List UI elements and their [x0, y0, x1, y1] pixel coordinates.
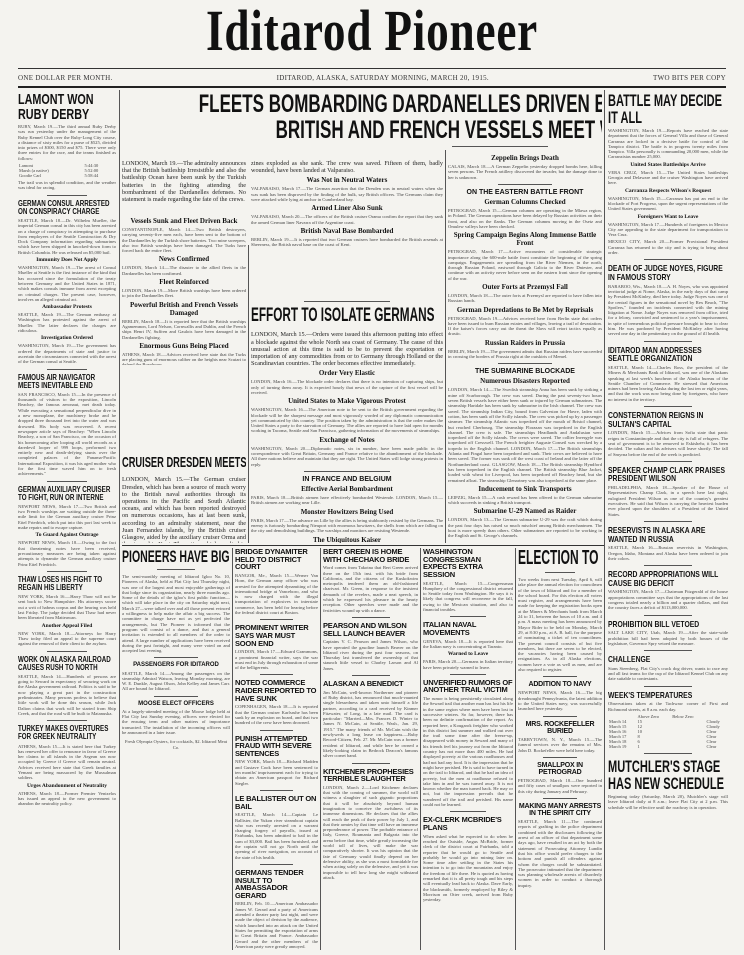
- isolate-body: LONDON, March 15.—Orders were issued thi…: [251, 331, 443, 367]
- article-headline: Iditarod Man Addresses Seattle Organizat…: [608, 346, 728, 363]
- article-headline: Work on Alaska Railroad Causes Rush to N…: [18, 656, 116, 672]
- subhead: Warned to Leave: [423, 651, 513, 657]
- article-headline: Ex-Clerk McBride's Plans: [423, 816, 513, 831]
- article-headline: Le Ballister Out on Bail: [235, 795, 318, 810]
- bottom-col-6-stories: Addition to NavyNEWPORT NEWS, March 16.—…: [518, 676, 602, 888]
- column-rule: [604, 90, 605, 950]
- article-body: BERLIN, Feb. 10.—American Ambassador Jam…: [235, 901, 318, 949]
- oyster-ad: Fresh Olympia Oysters, for cocktails, $2…: [122, 739, 230, 750]
- article-headline: Kitchener Prophesies Terrible Slaughter: [323, 768, 418, 783]
- article-body: PARIS, March 18.—British airmen have eff…: [251, 495, 443, 506]
- article-body: LONDON, March 16.—The blockade order dec…: [251, 379, 443, 395]
- dresden-body: LONDON, March 15.—The German cruiser Dre…: [122, 476, 246, 543]
- lead-story-continuation: zines exploded as she sank. The crew was…: [251, 160, 443, 174]
- divider: [450, 616, 486, 617]
- article-headline: Turkey Makes Overtures for Greek Neutral…: [18, 725, 116, 741]
- article-headline: Lamont Won Ruby Derby: [18, 92, 116, 122]
- divider: [543, 798, 577, 799]
- article-body: Jim McCain, well-known Northerner and pi…: [323, 690, 418, 759]
- moose-headline: Moose Elect Officers: [122, 701, 230, 707]
- article-body: SAN FRANCISCO, March 15.—In the presence…: [18, 392, 116, 477]
- right-column: Battle May Decide It AllWASHINGTON, Marc…: [608, 92, 728, 950]
- divider: [452, 146, 548, 147]
- subhead: Foreigners Want to Leave: [608, 214, 728, 220]
- article-headline: Prohibition Bill Vetoed: [608, 620, 728, 629]
- divider: [498, 363, 552, 364]
- divider: [304, 471, 390, 472]
- article-headline: Bert Green Is Home With Chechako Bride: [323, 548, 418, 563]
- divider: [644, 259, 692, 260]
- article-body: PETROGRAD, March 17.—Active encounters o…: [448, 249, 602, 281]
- divider: [543, 757, 577, 758]
- divider: [47, 571, 86, 572]
- subhead: United States to Make Vigorous Protest: [251, 397, 443, 405]
- article-body: VALPARAISO, March 20.—The officers of th…: [251, 214, 443, 225]
- article-headline: Battle May Decide It All: [608, 92, 728, 126]
- price-per-month: One Dollar Per Month.: [18, 74, 113, 82]
- article-body: LEIPZIG, March 15.—A cash reward has bee…: [448, 495, 602, 506]
- section-rule: [122, 545, 604, 546]
- article-headline: German Consul Arrested on Conspiracy Cha…: [18, 200, 116, 216]
- column-rule: [119, 90, 120, 950]
- divider: [157, 569, 195, 570]
- article-body: The trail was in splendid condition, and…: [18, 180, 116, 191]
- divider: [644, 565, 692, 566]
- divider: [450, 674, 486, 675]
- article-headline: Consternation Reigns in Sultan's Capital: [608, 411, 728, 428]
- article-headline: Week's Temperatures: [608, 691, 728, 700]
- subhead: Immunity Does Not Apply: [18, 257, 116, 263]
- divider: [352, 617, 390, 618]
- submarine-headline: The Submarine Blockade: [448, 368, 602, 375]
- france-belgium-subs: Effective Aerial BombardmentPARIS, March…: [251, 485, 443, 543]
- submarine-subs: Numerous Disasters ReportedLONDON, March…: [448, 377, 602, 538]
- article-body: GENEVA, March 18.—It is reported here th…: [423, 639, 513, 650]
- article-body: WASHINGTON, March 20.—Diplomatic notes, …: [251, 446, 443, 467]
- article-body: LONDON, March 18.—The outer forts at Prz…: [448, 293, 602, 304]
- article-headline: Mutchler's Stage Has New Schedule: [608, 758, 728, 792]
- article-body: WASHINGTON, March 19.—The arrest of Cons…: [18, 265, 116, 302]
- article-body: PETROGRAD, March 18.—One hundred and fif…: [518, 778, 602, 794]
- subhead: Inducement to Sink Transports: [448, 485, 602, 493]
- divider: [498, 184, 552, 185]
- divider: [304, 301, 390, 302]
- article-body: When asked what he expected to do when h…: [423, 834, 513, 903]
- subhead: Spring Campaign Begins Along Immense Bat…: [448, 231, 602, 247]
- pioneers-column: Pioneers Have Big Meeting The semi-month…: [122, 548, 230, 950]
- subhead: Order Very Elastic: [251, 369, 443, 377]
- article-body: ATHENS, March 18.—Advices received here …: [122, 352, 246, 365]
- column-rule: [515, 548, 516, 950]
- divider: [154, 657, 197, 658]
- article-headline: Reservists in Alaska Are Wanted in Russi…: [608, 526, 728, 543]
- article-body: LONDON, March 14.—The Swedish steamship …: [448, 387, 602, 482]
- divider: [644, 650, 692, 651]
- banner-line-1: Fleets Bombarding Dardanelles Driven Bac…: [199, 92, 525, 118]
- divider: [644, 461, 692, 462]
- article-headline: German Auxiliary Cruiser to Fight, Run o…: [18, 486, 116, 502]
- article-body: LONDON, March 19.—More British warships …: [122, 288, 246, 299]
- article-body: SEATTLE, March 19.—The German embassy at…: [18, 312, 116, 333]
- zeppelin-subhead: Zeppelin Brings Death: [448, 154, 602, 162]
- masthead: Iditarod Pioneer: [0, 0, 744, 50]
- article-body: NEWPORT NEWS, March 18.—Owing to the fac…: [18, 540, 116, 566]
- divider: [450, 811, 486, 812]
- subhead: Armed Liner Also Sunk: [251, 204, 443, 212]
- column-rule: [420, 548, 421, 950]
- article-body: NEW YORK, March 16.—Harry Thaw will not …: [18, 594, 116, 620]
- divider: [260, 790, 293, 791]
- banner-line-2: British and French Vessels Meet With Dis…: [276, 118, 602, 144]
- article-body: TARRYTOWN, N. Y., March 15.—The funeral …: [518, 737, 602, 753]
- column-rule: [445, 150, 446, 543]
- article-headline: Record Appropriations Will Cause Big Def…: [608, 570, 728, 587]
- article-body: CONSTANTINOPLE, March 14.—Two British de…: [122, 227, 246, 253]
- eastern-subs: German Columns CheckedPETROGRAD, March 1…: [448, 198, 602, 359]
- divider: [644, 753, 692, 754]
- divider: [352, 675, 390, 676]
- column-rule: [232, 548, 233, 950]
- article-body: SEATTLE, March 14.—Captain Le Ballister,…: [235, 812, 318, 860]
- article-body: BERLIN, March 18.—It is reported here th…: [122, 319, 246, 340]
- moose-body: At a largely-attended meeting of the Moo…: [122, 709, 230, 735]
- subhead: Monster Howitzers Being Used: [251, 508, 443, 516]
- divider: [644, 341, 692, 342]
- bottom-col-3: Bert Green Is Home With Chechako BrideWo…: [323, 548, 418, 950]
- divider: [543, 716, 577, 717]
- article-headline: Bridge Dynamiter Held to District Court: [235, 548, 318, 571]
- price-per-copy: Two Bits Per Copy: [653, 74, 726, 82]
- lead-story-subs-col: Vessels Sunk and Fleet Driven BackCONSTA…: [122, 215, 246, 365]
- article-body: BERLIN, March 19.—The government admits …: [448, 349, 602, 360]
- article-body: PHILADELPHIA, March 18.—Speaker of the H…: [608, 485, 728, 517]
- passengers-headline: Passengers for Iditarod: [122, 662, 230, 668]
- subhead: Powerful British and French Vessels Dama…: [122, 301, 246, 317]
- article-body: NEW YORK, March 18.—Richard Madden and G…: [235, 759, 318, 785]
- article-body: LONDON, March 15.—Advices from Sofia sta…: [608, 430, 728, 456]
- article-body: COPENHAGEN, March 18.—It is reported tha…: [235, 704, 318, 725]
- article-body: ATHENS, March 15.—It is stated here that…: [18, 744, 116, 781]
- article-headline: Germans Tender Insult to Ambassador Gera…: [235, 869, 318, 900]
- election-body: Two weeks from next Tuesday, April 6, wi…: [518, 577, 602, 672]
- article-headline: Italian Naval Movements: [423, 621, 513, 636]
- article-body: LONDON, March 13.—The German submarine U…: [448, 517, 602, 538]
- dateline-bar: One Dollar Per Month. Iditarod, Alaska, …: [18, 72, 726, 84]
- article-body: Captains V. C. Pearson and James Wilson,…: [323, 639, 418, 671]
- divider: [543, 676, 577, 677]
- left-column: Lamont Won Ruby DerbyRUBY, March 19.—The…: [18, 92, 116, 950]
- lead-story-continued: zines exploded as she sank. The crew was…: [251, 158, 443, 298]
- article-headline: Smallpox in Petrograd: [518, 762, 602, 776]
- article-body: LONDON, March 2.—Lord Kitchener declares…: [323, 785, 418, 880]
- article-headline: Addition to Navy: [518, 681, 602, 688]
- article-headline: Punish Attempted Fraud With Severe Sente…: [235, 735, 318, 758]
- divider: [644, 521, 692, 522]
- article-headline: Challenge: [608, 655, 728, 664]
- divider: [47, 720, 86, 721]
- subhead: Enormous Guns Being Placed: [122, 342, 246, 350]
- article-headline: Noted Commerce Raider Reported to Have S…: [235, 679, 318, 702]
- article-headline: Alaskan a Benedict: [323, 680, 418, 688]
- bottom-col-4: Washington Congressman Expects Extra Ses…: [423, 548, 513, 950]
- temperature-table: Above ZeroBelow ZeroMarch 1415CloudyMarc…: [608, 714, 728, 749]
- column-rule: [248, 245, 249, 543]
- article-body: Stans Steenberg, Flat City's crack dog d…: [608, 666, 728, 682]
- article-body: WASHINGTON, March 17.—Chairman Fitzgeral…: [608, 589, 728, 610]
- divider: [47, 481, 86, 482]
- divider: [644, 686, 692, 687]
- article-body: NEWPORT NEWS, March 16.—The big dreadnou…: [518, 690, 602, 711]
- divider: [154, 696, 197, 697]
- article-body: PETROGRAD, March 15.—German columns are …: [448, 208, 602, 229]
- subhead: News Confirmed: [122, 255, 246, 263]
- article-body: SEATTLE, March 11.—The continued reports…: [518, 819, 602, 888]
- dateline: Iditarod, Alaska, Saturday Morning, Marc…: [277, 74, 489, 82]
- subhead: Effective Aerial Bombardment: [251, 485, 443, 493]
- subhead: British Naval Base Bombarded: [251, 227, 443, 235]
- article-body: SEATTLE, March 16.—Russian reservists in…: [608, 545, 728, 561]
- bottom-col-5: Election to Be Held on April 6 Two weeks…: [518, 548, 602, 950]
- subhead: Russian Raiders in Prussia: [448, 339, 602, 347]
- article-body: BANGOR, Me., March 15.—Werner Van Horn, …: [235, 573, 318, 615]
- article-body: LONDON, March 14.—The disaster to the al…: [122, 265, 246, 276]
- subhead: To Guard Against Outrage: [18, 532, 116, 538]
- continuation-subs: Was Not in Neutral WatersVALPARAISO, Mar…: [251, 176, 443, 247]
- zeppelin-body: CALAIS, March 18.—A German Zeppelin yest…: [448, 164, 602, 180]
- article-body: NEW YORK, March 18.—Attorneys for Harry …: [18, 631, 116, 647]
- election-headline: Election to Be Held on April 6: [518, 548, 602, 568]
- article-headline: Unverified Rumors of Another Trail Victi…: [423, 679, 513, 694]
- subhead: Exchange of Notes: [251, 436, 443, 444]
- subhead: Outer Forts at Przemysl Fall: [448, 283, 602, 291]
- article-headline: Pearson and Wilson Sell Launch Beaver: [323, 622, 418, 637]
- divider: [260, 619, 293, 620]
- dresden-headline: Cruiser Dresden Meets Fate: [122, 455, 245, 470]
- article-body: PETROGRAD, March 19.—Advices received he…: [448, 316, 602, 337]
- article-body: Observations taken at the Tachwaw corner…: [608, 701, 728, 712]
- divider: [352, 763, 390, 764]
- divider: [644, 615, 692, 616]
- subhead: Urges Abandonment of Neutrality: [18, 783, 116, 789]
- lead-story-body: LONDON, March 19.—The admiralty announce…: [122, 160, 246, 203]
- masthead-rule-bottom: [18, 86, 726, 88]
- article-body: LONDON, March 17.—Edward Grammons, a pro…: [235, 649, 318, 670]
- article-body: Word comes from Takotna that Bert Green …: [323, 565, 418, 613]
- divider: [47, 651, 86, 652]
- article-headline: Prominent Writer Says War Must Soon End: [235, 624, 318, 647]
- article-body: SEATTLE, March 18.—Dr. Wilhelm Mueller, …: [18, 218, 116, 255]
- subhead: Numerous Disasters Reported: [448, 377, 602, 385]
- banner-headline: Fleets Bombarding Dardanelles Driven Bac…: [122, 92, 602, 150]
- article-body: RUBY, March 19.—The third annual Ruby De…: [18, 124, 116, 161]
- bottom-col-2: Bridge Dynamiter Held to District CourtB…: [235, 548, 318, 950]
- divider: [47, 369, 86, 370]
- subhead: Submarine U-29 Named as Raider: [448, 507, 602, 515]
- article-body: SEATTLE, March 15.—Congressman Humphrey …: [423, 581, 513, 613]
- pioneers-headline: Pioneers Have Big Meeting: [122, 548, 229, 565]
- eastern-front-column: Zeppelin Brings Death CALAIS, March 18.—…: [448, 152, 602, 543]
- pioneers-body: The semi-monthly meeting of Iditarod Igl…: [122, 574, 230, 653]
- article-body: MEXICO CITY, March 20.—Former Provisiona…: [608, 239, 728, 255]
- dresden-story: Cruiser Dresden Meets Fate LONDON, March…: [122, 455, 246, 543]
- article-body: VERA CRUZ, March 15.—The United States b…: [608, 170, 728, 186]
- article-body: The rumor is being persistently circulat…: [423, 696, 513, 807]
- article-headline: Speaker Champ Clark Praises President Wi…: [608, 466, 728, 483]
- subhead: Was Not in Neutral Waters: [251, 176, 443, 184]
- subhead: Ambassador Protests: [18, 304, 116, 310]
- article-body: VALPARAISO, March 17.—The German asserti…: [251, 186, 443, 202]
- france-belgium-headline: In France and Belgium: [251, 476, 443, 483]
- article-headline: Making Many Arrests in the Spirit City: [518, 803, 602, 817]
- subhead: German Columns Checked: [448, 198, 602, 206]
- subhead: German Depredations to Be Met by Reprisa…: [448, 306, 602, 314]
- divider: [47, 195, 86, 196]
- article-body: WASHINGTON, March 19.—Reports have reach…: [608, 128, 728, 160]
- divider: [644, 406, 692, 407]
- subhead: Carranza Respects Wilson's Request: [608, 188, 728, 194]
- masthead-rule-top: [18, 68, 726, 69]
- article-body: BERLIN, March 19.—It is reported that tw…: [251, 237, 443, 248]
- isolate-subs: Order Very ElasticLONDON, March 16.—The …: [251, 369, 443, 467]
- article-body: SEATTLE, March 14.—Charles Ross, the pre…: [608, 365, 728, 402]
- article-body: BARABOO, Wis., March 18.—A. H. Noyes, wh…: [608, 284, 728, 337]
- article-body: WASHINGTON, March 15.—Carranza has put a…: [608, 196, 728, 212]
- subhead: United States Battleships Arrive: [608, 162, 728, 168]
- subhead: Fleet Reinforced: [122, 278, 246, 286]
- column-rule: [320, 548, 321, 950]
- article-headline: Famous Air Navigator Meets Inevitable En…: [18, 374, 116, 390]
- article-headline: Mrs. Rockefeller Buried: [518, 721, 602, 735]
- article-headline: Death of Judge Noyes, Figure in Famous S…: [608, 264, 728, 281]
- eastern-front-headline: On the Eastern Battle Front: [448, 189, 602, 196]
- article-body: ATHENS, March 18.—Former Premier Venizel…: [18, 791, 116, 807]
- subhead: Investigation Ordered: [18, 335, 116, 341]
- race-results: Lamont5:44:30Marsh (a native)5:52:00Good…: [18, 163, 116, 178]
- subhead: Another Appeal Filed: [18, 623, 116, 629]
- article-headline: Thaw Loses His Fight to Regain His Liber…: [18, 576, 116, 592]
- article-body: WASHINGTON, March 17.—Hundreds of foreig…: [608, 222, 728, 238]
- divider: [545, 572, 574, 573]
- divider: [260, 674, 293, 675]
- newspaper-title: Iditarod Pioneer: [82, 0, 662, 56]
- article-body: SEATTLE, March 14.—Hundreds of persons a…: [18, 674, 116, 716]
- article-body: WASHINGTON, March 19.—The government has…: [18, 343, 116, 364]
- passengers-body: SEATTLE, March 14.—Among the passengers …: [122, 671, 230, 692]
- article-body: SALT LAKE CITY, Utah, March 19.—After th…: [608, 630, 728, 646]
- article-body: WASHINGTON, March 16.—The American note …: [251, 407, 443, 433]
- article-body: PARIS, March 17.—The advance on Lille by…: [251, 518, 443, 534]
- divider: [260, 864, 293, 865]
- article-body: PARIS, March 20.—Germans in Italian terr…: [423, 659, 513, 670]
- subhead: Vessels Sunk and Fleet Driven Back: [122, 217, 246, 225]
- isolate-headline: Effort to Isolate Germans: [251, 306, 441, 325]
- article-body: Beginning today (Saturday, March 20), Mu…: [608, 794, 728, 810]
- isolate-story: Effort to Isolate Germans LONDON, March …: [251, 297, 443, 543]
- divider: [260, 730, 293, 731]
- article-headline: Washington Congressman Expects Extra Ses…: [423, 548, 513, 579]
- subhead: The Ubiquitous Kaiser: [251, 536, 443, 543]
- article-body: NEWPORT NEWS, March 17.—Two British and …: [18, 504, 116, 530]
